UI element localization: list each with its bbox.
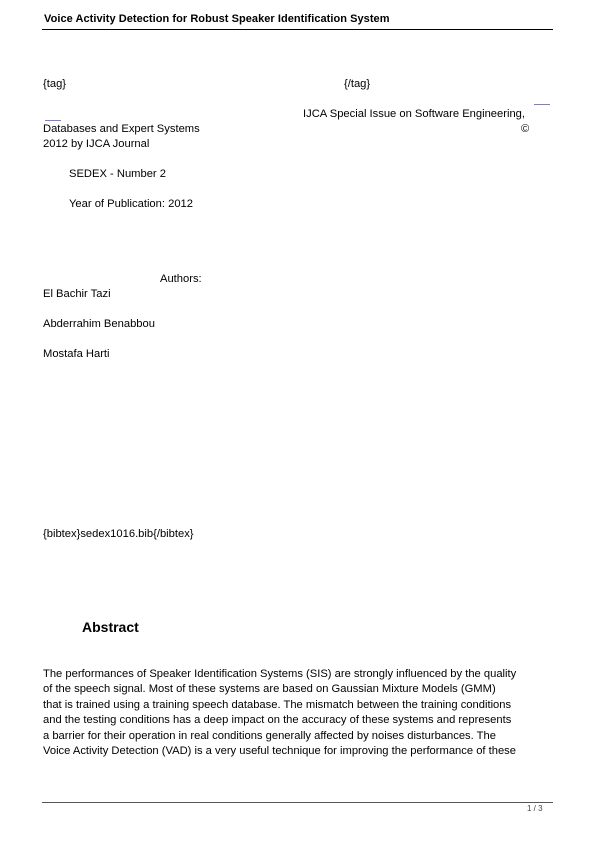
issue-number: SEDEX - Number 2 <box>69 167 166 181</box>
link-marker-left[interactable] <box>45 120 61 121</box>
authors-label: Authors: <box>160 272 202 286</box>
abstract-line: Voice Activity Detection (VAD) is a very… <box>43 744 558 759</box>
tag-open: {tag} <box>43 77 66 91</box>
copyright-icon: © <box>521 122 529 136</box>
footer-divider <box>42 802 553 803</box>
abstract-line: that is trained using a training speech … <box>43 698 558 713</box>
journal-line-2: Databases and Expert Systems <box>43 122 200 136</box>
abstract-line: The performances of Speaker Identificati… <box>43 667 558 682</box>
running-header-title: Voice Activity Detection for Robust Spea… <box>44 13 390 25</box>
header-divider <box>42 29 553 30</box>
publication-year: Year of Publication: 2012 <box>69 197 193 211</box>
author-item: Abderrahim Benabbou <box>43 317 155 331</box>
journal-line-3: 2012 by IJCA Journal <box>43 137 149 151</box>
tag-close: {/tag} <box>344 77 370 91</box>
author-item: El Bachir Tazi <box>43 287 111 301</box>
author-item: Mostafa Harti <box>43 347 110 361</box>
link-marker-right[interactable] <box>534 104 550 105</box>
journal-line-1: IJCA Special Issue on Software Engineeri… <box>303 107 525 121</box>
abstract-line: a barrier for their operation in real co… <box>43 729 558 744</box>
bibtex-reference: {bibtex}sedex1016.bib{/bibtex} <box>43 527 194 541</box>
abstract-heading: Abstract <box>82 619 139 635</box>
abstract-line: and the testing conditions has a deep im… <box>43 713 558 728</box>
abstract-line: of the speech signal. Most of these syst… <box>43 682 558 697</box>
page-number: 1 / 3 <box>527 804 543 813</box>
abstract-body: The performances of Speaker Identificati… <box>43 667 558 759</box>
